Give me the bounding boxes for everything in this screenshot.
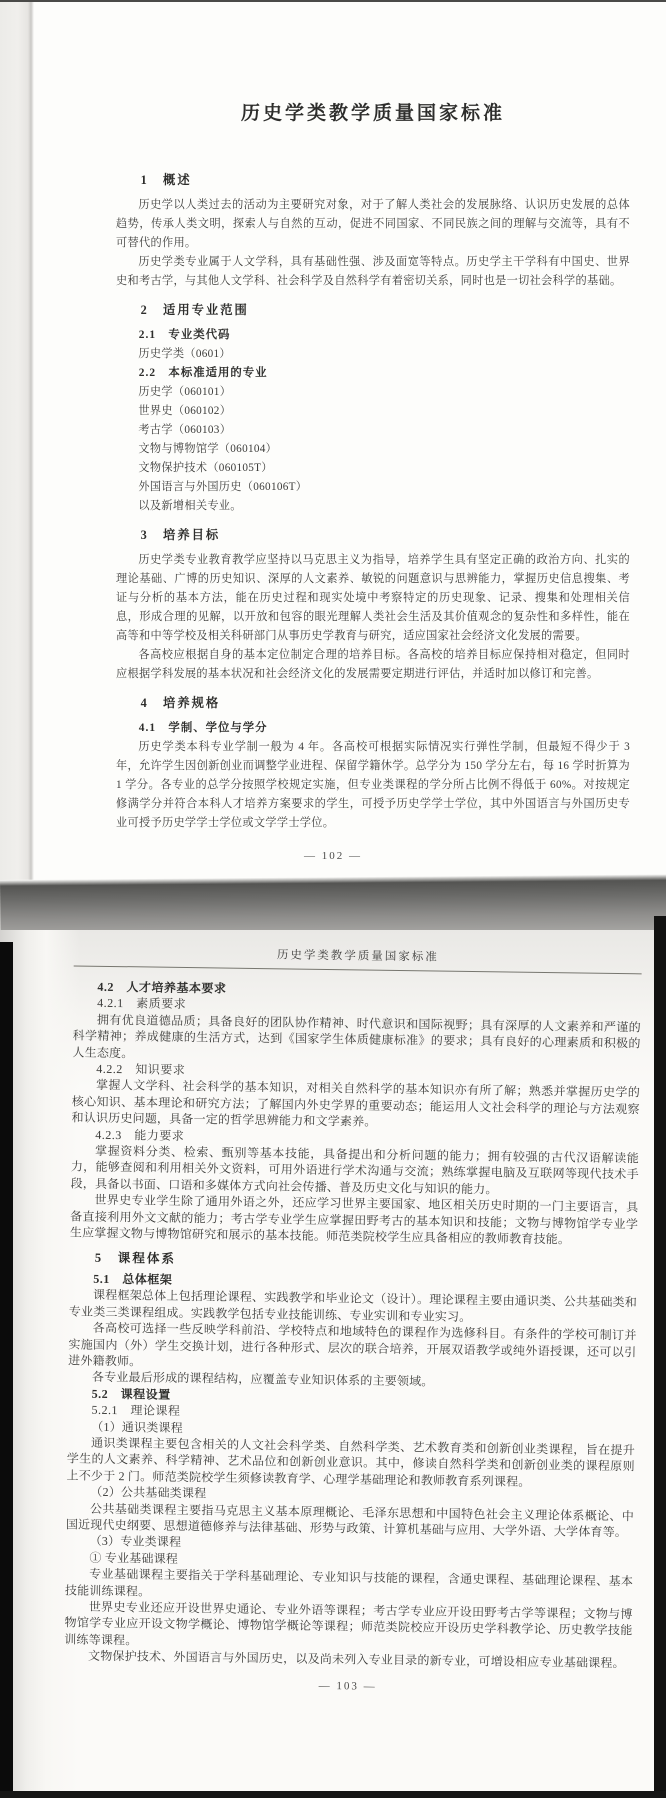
page-103: 历史学类教学质量国家标准 4.2 人才培养基本要求4.2.1 素质要求拥有优良道… <box>0 930 666 1798</box>
paragraph: 世界史专业学生除了通用外语之外，还应学习世界主要国家、地区相关历史时期的一门主要… <box>70 1192 639 1249</box>
section-heading: 2 适用专业范围 <box>116 301 630 320</box>
list-line: 外国语言与外国历史（060106T） <box>116 478 630 497</box>
section-heading: 4 培养规格 <box>116 694 630 713</box>
list-line: 历史学类（0601） <box>116 345 630 364</box>
list-line: 文物保护技术（060105T） <box>116 459 630 478</box>
paragraph: 各高校应根据自身的基本定位制定合理的培养目标。各高校的培养目标应保持相对稳定，但… <box>116 646 630 684</box>
page-number-102: — 102 — <box>0 850 666 862</box>
list-line: 以及新增相关专业。 <box>116 497 630 516</box>
subsection-heading: 2.2 本标准适用的专业 <box>116 364 630 383</box>
subsection-heading: 4.1 学制、学位与学分 <box>116 719 630 738</box>
scanned-book-spread: 历史学类教学质量国家标准 1 概述历史学以人类过去的活动为主要研究对象，对于了解… <box>0 0 666 1798</box>
paragraph: 掌握资料分类、检索、甄别等基本技能，具备提出和分析问题的能力；拥有较强的古代汉语… <box>71 1142 640 1199</box>
section-heading: 1 概述 <box>116 171 630 190</box>
scan-edge-left <box>0 942 13 1798</box>
section-heading: 5 课程体系 <box>70 1249 638 1273</box>
scan-edge-bottom <box>0 1791 666 1798</box>
document-title: 历史学类教学质量国家标准 <box>116 100 630 127</box>
list-line: 世界史（060102） <box>116 402 630 421</box>
list-line: 考古学（060103） <box>116 421 630 440</box>
page-103-content: 历史学类教学质量国家标准 4.2 人才培养基本要求4.2.1 素质要求拥有优良道… <box>64 943 642 1696</box>
paragraph: 历史学类本科专业学制一般为 4 年。各高校可根据实际情况实行弹性学制，但最短不得… <box>116 738 630 833</box>
page-102: 历史学类教学质量国家标准 1 概述历史学以人类过去的活动为主要研究对象，对于了解… <box>0 0 666 888</box>
paragraph: 历史学类专业教育教学应坚持以马克思主义为指导，培养学生具有坚定正确的政治方向、扎… <box>116 551 630 646</box>
paragraph: 掌握人文学科、社会科学的基本知识，对相关自然科学的基本知识亦有所了解；熟悉并掌握… <box>71 1077 640 1134</box>
paragraph: 拥有优良道德品质；具备良好的团队协作精神、时代意识和国际视野；具有深厚的人文素养… <box>72 1011 641 1068</box>
paragraph: 历史学以人类过去的活动为主要研究对象，对于了解人类社会的发展脉络、认识历史发展的… <box>116 196 630 253</box>
paragraph: 世界史专业还应开设世界史通论、专业外语等课程；考古学专业应开设田野考古学等课程；… <box>64 1598 633 1655</box>
section-heading: 3 培养目标 <box>116 526 630 545</box>
page-102-text-flow: 1 概述历史学以人类过去的活动为主要研究对象，对于了解人类社会的发展脉络、认识历… <box>116 171 630 833</box>
paragraph: 各高校可选择一些反映学科前沿、学校特点和地域特色的课程作为选修科目。有条件的学校… <box>68 1320 637 1377</box>
scanner-margin-line <box>31 2 32 886</box>
paragraph: 通识类课程主要包含相关的人文社会科学类、自然科学类、艺术教育类和创新创业类课程，… <box>66 1434 635 1491</box>
page-number-103: — 103 — <box>64 1676 632 1696</box>
list-line: 历史学（060101） <box>116 383 630 402</box>
subsection-heading: 2.1 专业类代码 <box>116 326 630 345</box>
page-102-content: 历史学类教学质量国家标准 1 概述历史学以人类过去的活动为主要研究对象，对于了解… <box>116 100 630 842</box>
list-line: 文物与博物馆学（060104） <box>116 440 630 459</box>
page-103-text-flow: 4.2 人才培养基本要求4.2.1 素质要求拥有优良道德品质；具备良好的团队协作… <box>64 978 642 1672</box>
scan-edge-right <box>654 916 666 1798</box>
paragraph: 历史学类专业属于人文学科，具有基础性强、涉及面宽等特点。历史学主干学科有中国史、… <box>116 253 630 291</box>
